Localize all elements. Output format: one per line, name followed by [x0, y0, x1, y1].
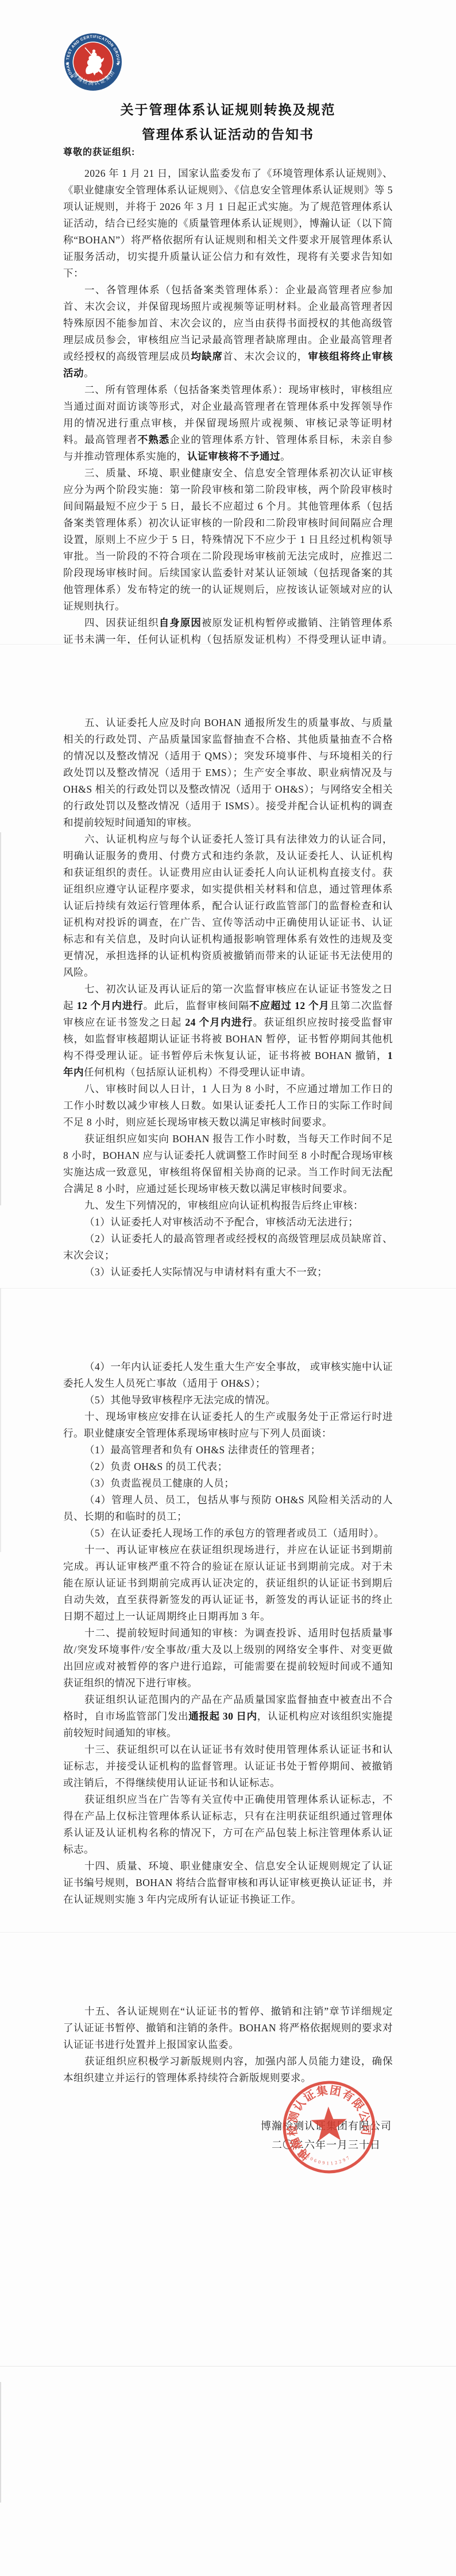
paragraph: 一、各管理体系（包括备案类管理体系）：企业最高管理者应参加首、末次会议，并保留现… [63, 282, 393, 382]
page-separator [0, 644, 456, 645]
scan-fold-line [0, 2366, 456, 2366]
page-separator [0, 1932, 456, 1933]
paragraph: 获证组织认证范围内的产品在产品质量国家监督抽查中被查出不合格时，自市场监管部门发… [63, 1692, 393, 1741]
page-4-paragraphs: 十五、各认证规则在“认证证书的暂停、撤销和注销”章节详细规定了认证证书暂停、撤销… [63, 2003, 393, 2086]
paragraph: 五、认证委托人应及时向 BOHAN 通报所发生的质量事故、与质量相关的行政处罚、… [63, 715, 393, 831]
company-logo-seal: BOHAN TEST AND CERTIFICATION GROUP 博瀚检测认… [63, 32, 123, 92]
paragraph: 获证组织应如实向 BOHAN 报告工作小时数，当每天工作时间不足 8 小时，BO… [63, 1131, 393, 1197]
paragraph: 十二、提前较短时间通知的审核：为调查投诉、适用时包括质量事故/突发环境事件/安全… [63, 1625, 393, 1692]
paragraph: （2）负责 OH&S 的员工代表； [63, 1458, 393, 1475]
paragraph: （3）认证委托人实际情况与申请材料有重大不一致； [63, 1264, 393, 1281]
page-2: 五、认证委托人应及时向 BOHAN 通报所发生的质量事故、与质量相关的行政处罚、… [0, 644, 456, 1288]
paragraph: （5）在认证委托人现场工作的承包方的管理者或员工（适用时）。 [63, 1525, 393, 1542]
signature-company: 博瀚检测认证集团有限公司 [261, 2117, 392, 2136]
paragraph: 2026 年 1 月 21 日，国家认监委发布了《环境管理体系认证规则》、《职业… [63, 165, 393, 282]
paragraph: （4）一年内认证委托人发生重大生产安全事故， 或审核实施中认证委托人发生人员死亡… [63, 1359, 393, 1392]
page-separator [0, 1288, 456, 1289]
paragraph: （1）认证委托人对审核活动不予配合，审核活动无法进行； [63, 1214, 393, 1231]
paragraph: 九、发生下列情况的，审核组应向认证机构报告后终止审核： [63, 1197, 393, 1214]
company-logo: BOHAN TEST AND CERTIFICATION GROUP 博瀚检测认… [63, 32, 123, 92]
paragraph: 获证组织应当在广告等有关宣传中正确使用管理体系认证标志，不得在产品上仅标注管理体… [63, 1791, 393, 1858]
paragraph: 三、质量、环境、职业健康安全、信息安全管理体系初次认证审核应分为两个阶段实施：第… [63, 465, 393, 615]
paragraph: （3）负责监视员工健康的人员； [63, 1475, 393, 1492]
page-3-paragraphs: （4）一年内认证委托人发生重大生产安全事故， 或审核实施中认证委托人发生人员死亡… [63, 1359, 393, 1908]
page-4: 十五、各认证规则在“认证证书的暂停、撤销和注销”章节详细规定了认证证书暂停、撤销… [0, 1932, 456, 2576]
page-3: （4）一年内认证委托人发生重大生产安全事故， 或审核实施中认证委托人发生人员死亡… [0, 1288, 456, 1932]
paragraph: 七、初次认证及再认证后的第一次监督审核应在认证证书签发之日起 12 个月内进行。… [63, 981, 393, 1081]
document-title-line1: 关于管理体系认证规则转换及规范 [0, 98, 456, 122]
paragraph: 十四、质量、环境、职业健康安全、信息安全认证规则规定了认证证书编号规则，BOHA… [63, 1858, 393, 1908]
paragraph: 获证组织应积极学习新版规则内容，加强内部人员能力建设，确保本组织建立并运行的管理… [63, 2053, 393, 2086]
paragraph: （2）认证委托人的最高管理者或经授权的高级管理层成员缺席首、末次会议； [63, 1231, 393, 1264]
paragraph: （4）管理人员、员工，包括从事与预防 OH&S 风险相关活动的人员、长期的和临时… [63, 1492, 393, 1525]
paragraph: 十三、获证组织可以在认证证书有效时使用管理体系认证证书和认证标志，并接受认证机构… [63, 1741, 393, 1791]
paragraph: 六、认证机构应与每个认证委托人签订具有法律效力的认证合同，明确认证服务的费用、付… [63, 831, 393, 981]
paragraph: 十、现场审核应安排在认证委托人的生产或服务处于正常运行时进行。职业健康安全管理体… [63, 1409, 393, 1442]
logo-star-left-icon: ★ [65, 61, 70, 67]
paragraph: （5）其他导致审核程序无法完成的情况。 [63, 1392, 393, 1409]
page-1: BOHAN TEST AND CERTIFICATION GROUP 博瀚检测认… [0, 0, 456, 644]
signature-block: 博瀚检测认证集团有限公司 二〇二六年一月三十日 [261, 2117, 392, 2155]
paragraph: 十五、各认证规则在“认证证书的暂停、撤销和注销”章节详细规定了认证证书暂停、撤销… [63, 2003, 393, 2053]
paragraph: （1）最高管理者和负有 OH&S 法律责任的管理者； [63, 1442, 393, 1458]
scan-edge-artifact [0, 1288, 1, 1552]
document-title: 关于管理体系认证规则转换及规范 管理体系认证活动的告知书 [0, 98, 456, 147]
salutation: 尊敬的获证组织: [63, 145, 135, 158]
signature-date: 二〇二六年一月三十日 [261, 2136, 392, 2155]
document-title-line2: 管理体系认证活动的告知书 [0, 122, 456, 147]
scan-edge-artifact [0, 832, 1, 1205]
scanned-notice-document: BOHAN TEST AND CERTIFICATION GROUP 博瀚检测认… [0, 0, 456, 2576]
page-2-paragraphs: 五、认证委托人应及时向 BOHAN 通报所发生的质量事故、与质量相关的行政处罚、… [63, 715, 393, 1281]
paragraph: 二、所有管理体系（包括备案类管理体系）：现场审核时，审核组应当通过面对面访谈等形… [63, 382, 393, 465]
page-1-paragraphs: 2026 年 1 月 21 日，国家认监委发布了《环境管理体系认证规则》、《职业… [63, 165, 393, 681]
paragraph: 八、审核时间以人日计，1 人日为 8 小时，不应通过增加工作日的工作小时数以减少… [63, 1081, 393, 1131]
scan-edge-artifact [0, 2382, 1, 2503]
logo-star-right-icon: ★ [116, 61, 121, 67]
paragraph: 十一、再认证审核应在获证组织现场进行，并应在认证证书到期前完成。再认证审核严重不… [63, 1542, 393, 1625]
